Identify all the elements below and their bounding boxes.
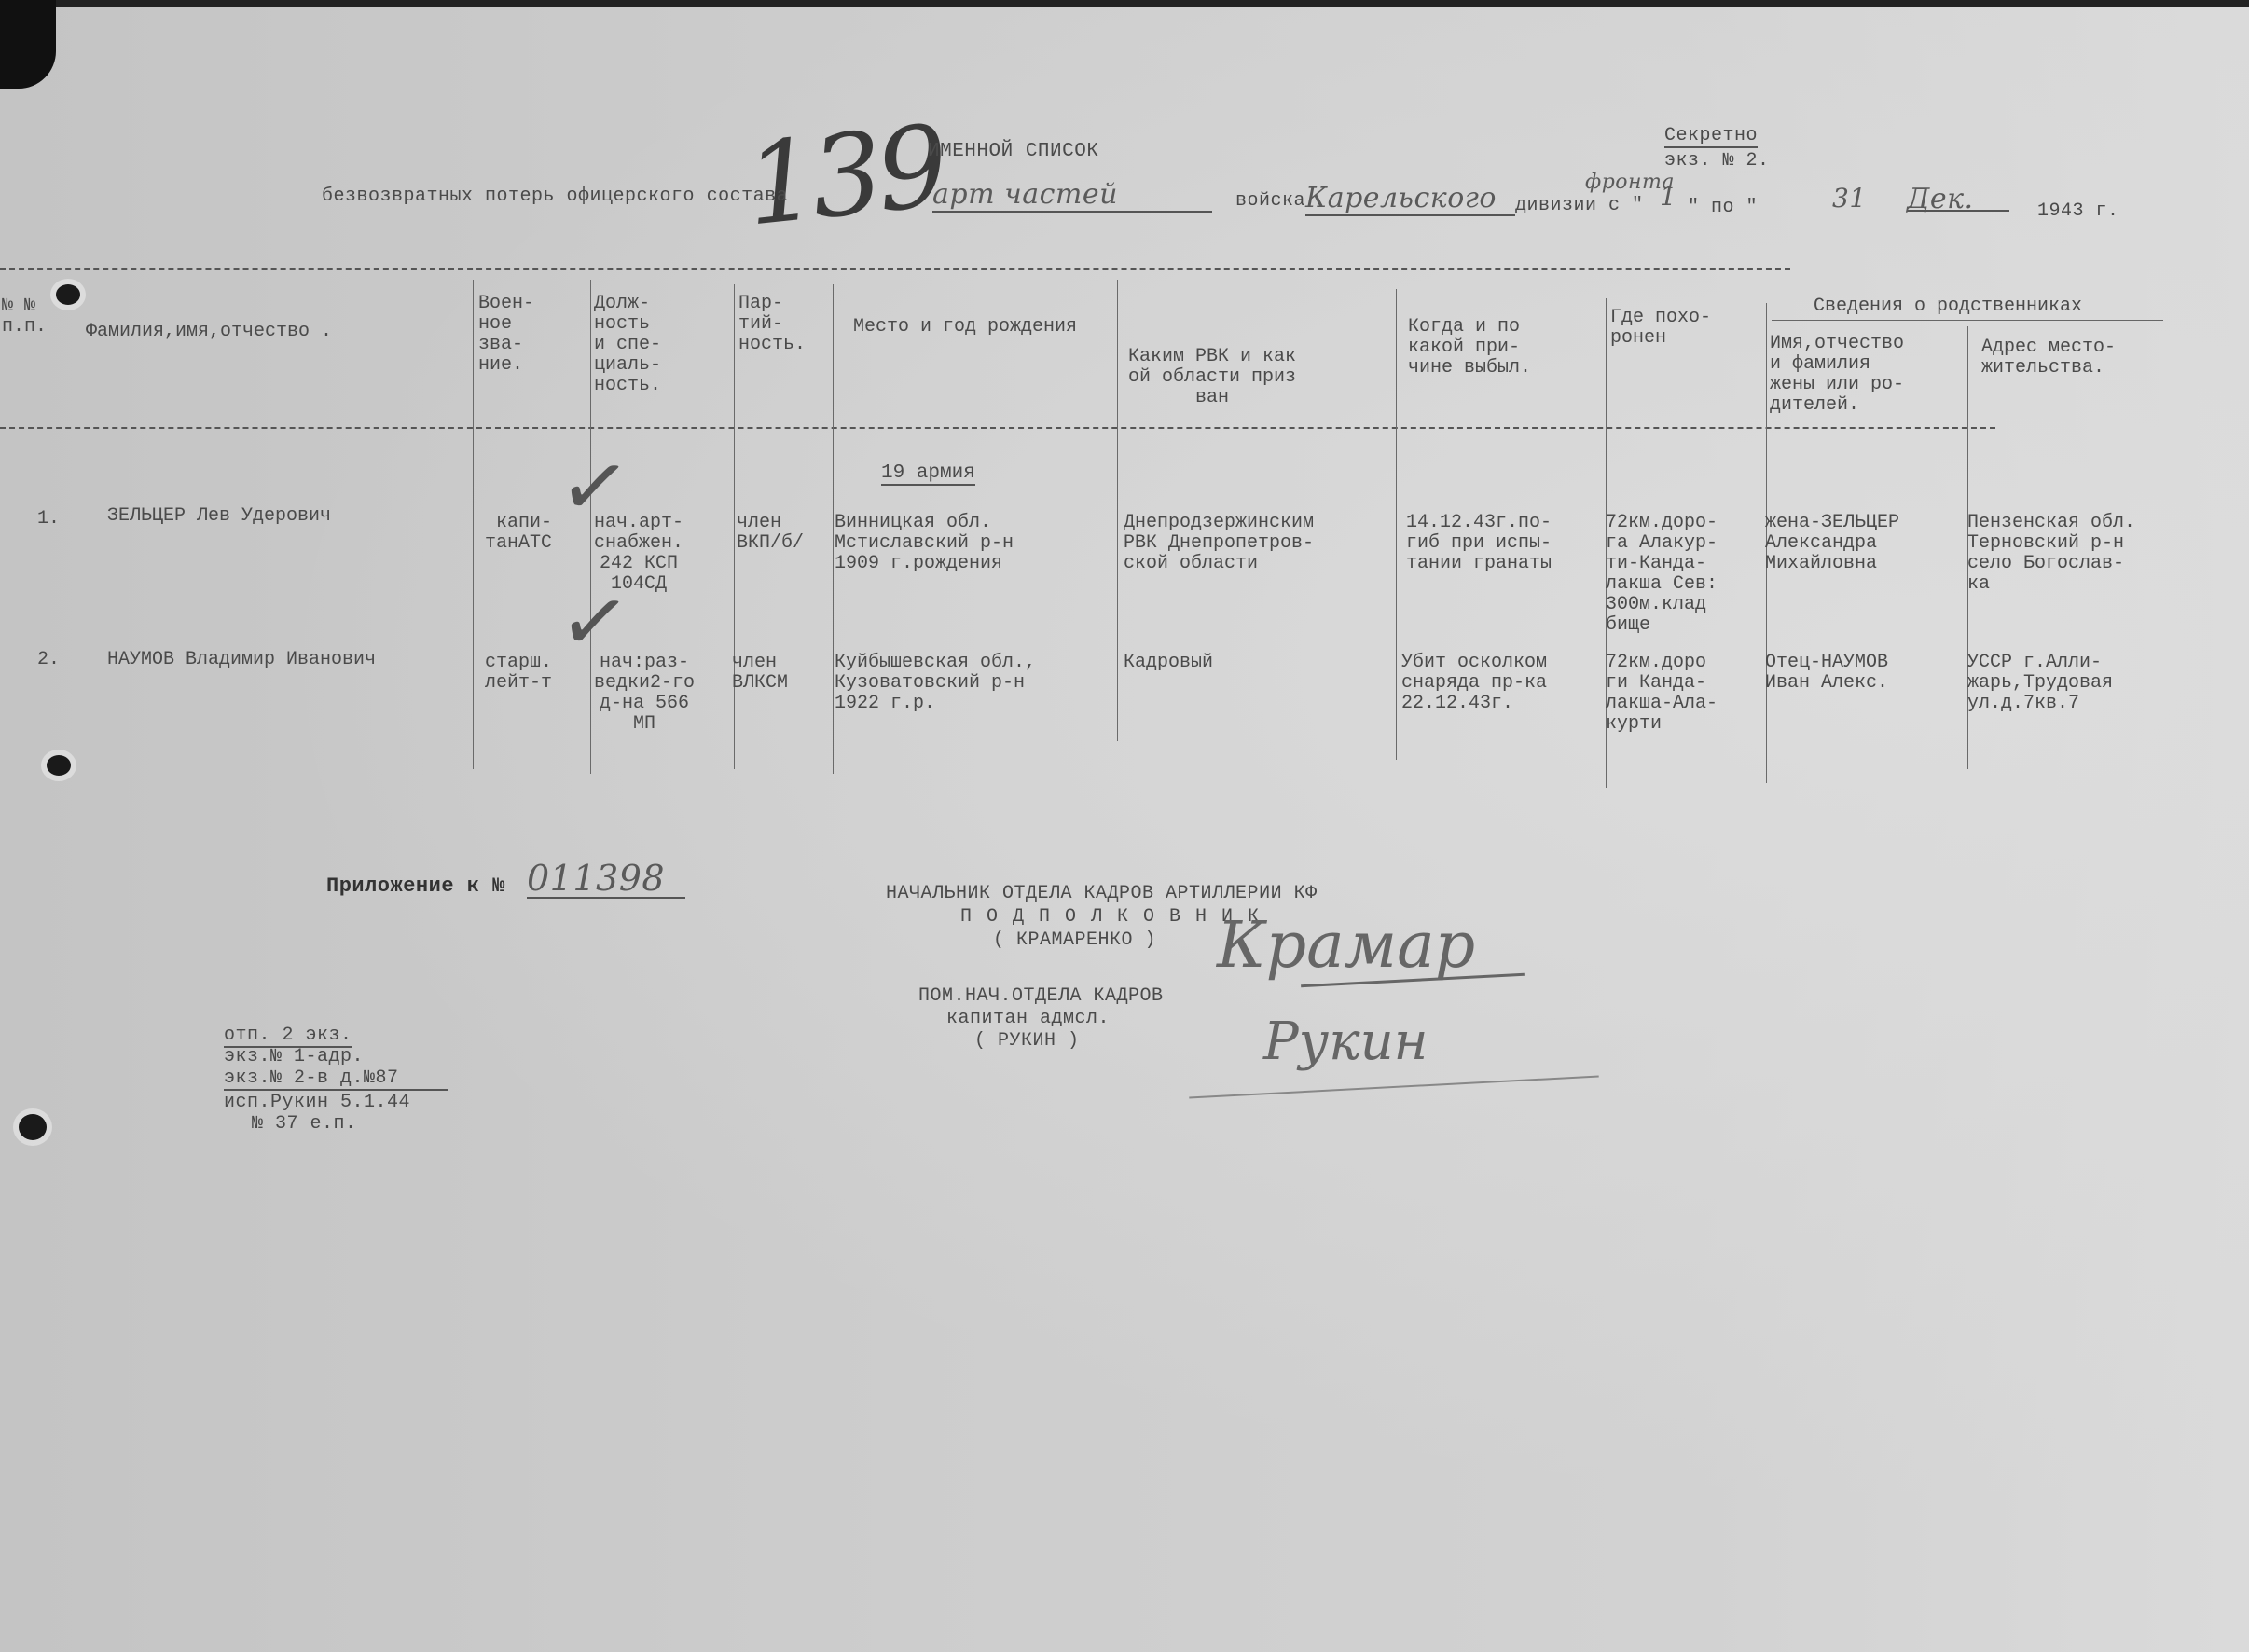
header-bottom-rule <box>0 427 1995 429</box>
row-party: член ВКП/б/ <box>737 513 804 554</box>
distribution-line: экз.№ 1-адр. <box>224 1047 364 1067</box>
period-month: Дек. <box>1907 189 2009 212</box>
distribution-line: отп. 2 экз. <box>224 1026 352 1048</box>
header-buried: Где похо- ронен <box>1610 308 1711 349</box>
row-birth: Куйбышевская обл., Кузоватовский р-н 192… <box>835 653 1036 714</box>
checkmark-icon: ✓ <box>553 569 636 675</box>
signer1-rank: П О Д П О Л К О В Н И К <box>960 907 1261 928</box>
appendix-label: Приложение к № <box>326 876 505 897</box>
document-title: ИМЕННОЙ СПИСОК <box>928 142 1098 162</box>
column-divider <box>473 280 474 769</box>
column-divider <box>833 284 834 774</box>
header-rank: Воен- ное зва- ние. <box>478 294 534 376</box>
header-death: Когда и по какой при- чине выбыл. <box>1408 317 1531 379</box>
row-rvk: Кадровый <box>1124 653 1213 673</box>
header-relative-name: Имя,отчество и фамилия жены или ро- дите… <box>1770 334 1904 416</box>
signer2-name: ( РУКИН ) <box>974 1031 1080 1052</box>
period-year: 1943 г. <box>2037 201 2119 222</box>
subtitle-front: Карельского <box>1305 183 1515 216</box>
period-to-label: " по " <box>1688 198 1758 218</box>
header-rvk: Каким РВК и как ой области приз ван <box>1128 347 1296 408</box>
row-relative-address: УССР г.Алли- жарь,Трудовая ул.д.7кв.7 <box>1967 653 2113 714</box>
appendix-number: 011398 <box>527 860 685 899</box>
section-label: 19 армия <box>881 463 975 486</box>
subtitle-unit: арт частей <box>932 179 1212 213</box>
header-birth: Место и год рождения <box>853 317 1077 337</box>
row-rvk: Днепродзержинским РВК Днепропетров- ской… <box>1124 513 1314 574</box>
distribution-line: исп.Рукин 5.1.44 <box>224 1093 410 1113</box>
row-num: 1. <box>37 509 60 530</box>
signer1-name: ( КРАМАРЕНКО ) <box>993 930 1156 951</box>
row-relative-name: жена-ЗЕЛЬЦЕР Александра Михайловна <box>1765 513 1899 574</box>
signer2-title: ПОМ.НАЧ.ОТДЕЛА КАДРОВ <box>918 986 1164 1007</box>
punch-hole <box>19 1114 47 1140</box>
header-party: Пар- тий- ность. <box>738 294 806 355</box>
archive-number-handwritten: 139 <box>739 102 948 251</box>
row-relative-address: Пензенская обл. Терновский р-н село Бого… <box>1967 513 2135 595</box>
distribution-line: экз.№ 2-в д.№87 <box>224 1068 448 1091</box>
row-party: член ВЛКСМ <box>732 653 788 694</box>
column-divider <box>1117 280 1118 741</box>
row-rank: старш. лейт-т <box>485 653 552 694</box>
period-from: 1 <box>1660 186 1676 207</box>
period-to: 31 <box>1832 188 1867 209</box>
row-birth: Винницкая обл. Мстиславский р-н 1909 г.р… <box>835 513 1014 574</box>
header-position: Долж- ность и спе- циаль- ность. <box>594 294 661 396</box>
header-name: Фамилия,имя,отчество . <box>86 322 332 342</box>
archival-document-page: 139 ИМЕННОЙ СПИСОК Секретно экз. № 2. бе… <box>0 0 2249 1652</box>
checkmark-icon: ✓ <box>553 434 636 540</box>
signature-rukin: Рукин <box>1263 1012 1428 1072</box>
header-relative-address: Адрес место- жительства. <box>1981 337 2116 379</box>
signer2-rank: капитан адмсл. <box>946 1009 1110 1029</box>
subtitle-division: дивизии с " <box>1515 196 1644 216</box>
row-name: ЗЕЛЬЦЕР Лев Удерович <box>107 506 331 527</box>
row-buried: 72км.доро ги Канда- лакша-Ала- курти <box>1606 653 1718 735</box>
row-death: Убит осколком снаряда пр-ка 22.12.43г. <box>1401 653 1547 714</box>
column-divider <box>1396 289 1397 760</box>
distribution-line: № 37 е.п. <box>252 1114 357 1135</box>
column-divider <box>734 284 735 769</box>
header-num: № № п.п. <box>2 296 47 337</box>
subtitle-mid: войска <box>1235 191 1305 212</box>
relatives-group-rule <box>1772 320 2163 321</box>
row-rank: капи- танАТС <box>485 513 552 554</box>
header-relatives-group: Сведения о родственниках <box>1814 296 2082 317</box>
copy-number: экз. № 2. <box>1664 151 1770 172</box>
signature-kramarenko: Крамар <box>1217 909 1475 983</box>
punch-hole <box>56 284 80 305</box>
subtitle-prefix: безвозвратных потерь офицерского состава <box>322 186 788 207</box>
row-buried: 72км.доро- га Алакур- ти-Канда- лакша Се… <box>1606 513 1718 636</box>
signature-stroke <box>1189 1075 1599 1098</box>
header-top-rule <box>0 268 1790 270</box>
row-name: НАУМОВ Владимир Иванович <box>107 650 376 670</box>
row-num: 2. <box>37 650 60 670</box>
row-death: 14.12.43г.по- гиб при испы- тании гранат… <box>1406 513 1552 574</box>
row-relative-name: Отец-НАУМОВ Иван Алекс. <box>1765 653 1888 694</box>
scan-top-edge <box>0 0 2249 7</box>
torn-corner <box>0 0 56 89</box>
punch-hole <box>47 755 71 776</box>
classification-label: Секретно <box>1664 126 1758 148</box>
signer1-title: НАЧАЛЬНИК ОТДЕЛА КАДРОВ АРТИЛЛЕРИИ КФ <box>886 884 1318 904</box>
